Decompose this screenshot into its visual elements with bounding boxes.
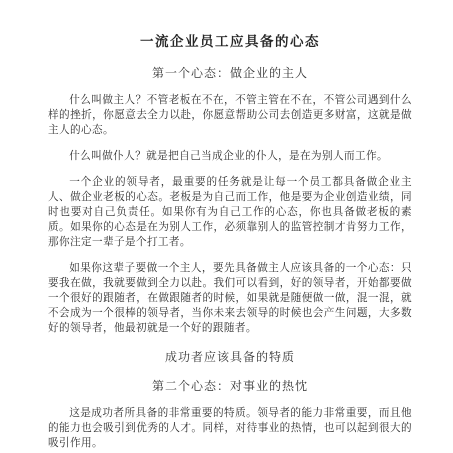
paragraph-servant-definition: 什么叫做仆人？就是把自己当成企业的仆人，是在为别人而工作。 xyxy=(48,149,412,164)
section1-heading: 第一个心态：做企业的主人 xyxy=(48,64,412,81)
section2-heading: 第二个心态：对事业的热忱 xyxy=(48,377,412,394)
document-title: 一流企业员工应具备的心态 xyxy=(48,30,412,50)
mid-heading-success-traits: 成功者应该具备的特质 xyxy=(48,348,412,365)
paragraph-career-passion: 这是成功者所具备的非常重要的特质。领导者的能力非常重要，而且他的能力也会吸引到优… xyxy=(48,406,412,451)
paragraph-master-definition: 什么叫做主人？不管老板在不在，不管主管在不在，不管公司遇到什么样的挫折，你愿意去… xyxy=(48,93,412,138)
paragraph-leader-task: 一个企业的领导者，最重要的任务就是让每一个员工都具备做企业主人、做企业老板的心态… xyxy=(48,175,412,250)
document-page: 一流企业员工应具备的心态 第一个心态：做企业的主人 什么叫做主人？不管老板在不在… xyxy=(0,0,453,453)
paragraph-master-mindset: 如果你这辈子要做一个主人，要先具备做主人应该具备的一个心态：只要我在做，我就要做… xyxy=(48,261,412,336)
